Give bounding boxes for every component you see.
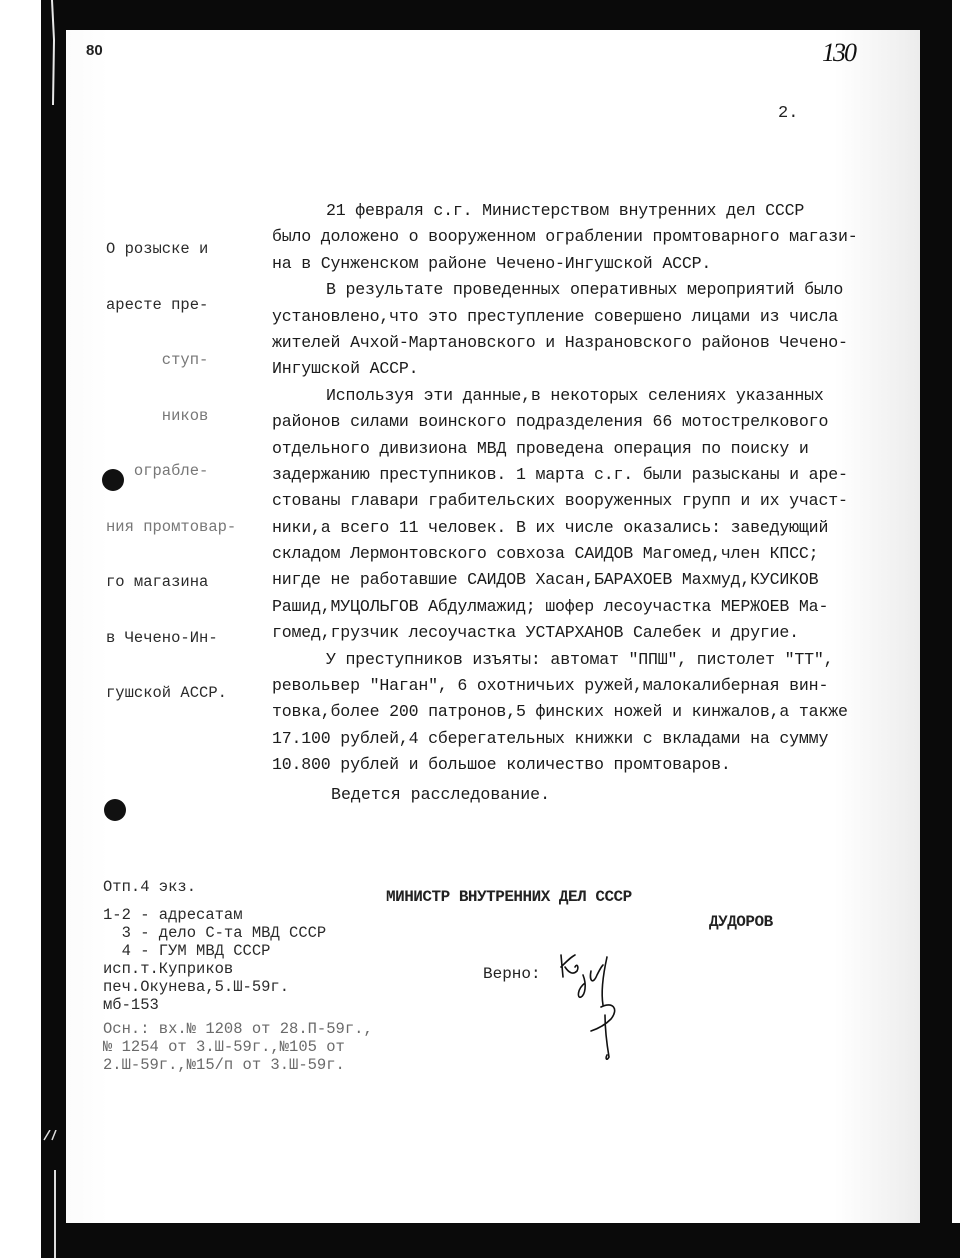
text-line: установлено,что это преступление соверше… [272,304,922,330]
archive-folio-number: 130 [822,38,855,68]
executor: исп.т.Куприков [103,960,373,978]
text-line: револьвер "Наган", 6 охотничьих ружей,ма… [272,673,922,699]
distribution-item: 4 - ГУМ МВД СССР [103,942,373,960]
text-line: У преступников изъяты: автомат "ППШ", пи… [272,647,922,673]
margin-heading-line: в Чечено-Ин- [106,629,256,648]
text-line: ники,а всего 11 человек. В их числе оказ… [272,515,922,541]
text-line: было доложено о вооруженном ограблении п… [272,224,922,250]
text-line: Ингушской АССР. [272,356,922,382]
margin-heading-line: го магазина [106,573,256,592]
scan-border-left [41,0,66,1258]
closing-sentence: Ведется расследование. [331,785,550,804]
punch-hole [102,469,124,491]
margin-heading-line: ограбле- [106,462,256,481]
paragraph: У преступников изъяты: автомат "ППШ", пи… [272,647,922,779]
text-line: жителей Ачхой-Мартановского и Назрановск… [272,330,922,356]
film-scratch [44,0,64,110]
text-line: складом Лермонтовского совхоза САИДОВ Ма… [272,541,922,567]
text-line: 21 февраля с.г. Министерством внутренних… [272,198,922,224]
signatory-name: ДУДОРОВ [709,913,773,931]
margin-heading-line: аресте пре- [106,296,256,315]
basis-line: № 1254 от 3.Ш-59г.,№105 от [103,1038,373,1056]
paragraph: В результате проведенных оперативных мер… [272,277,922,383]
text-line: 17.100 рублей,4 сберегательных книжки с … [272,726,922,752]
document-code: мб-153 [103,996,373,1014]
paragraph: Используя эти данные,в некоторых селения… [272,383,922,647]
distribution-item: 1-2 - адресатам [103,906,373,924]
copies-count: Отп.4 экз. [103,878,373,896]
basis-line: Осн.: вх.№ 1208 от 28.П-59г., [103,1020,373,1038]
text-line: гомед,грузчик лесоучастка УСТАРХАНОВ Сал… [272,620,922,646]
text-line: стованы главари грабительских вооруженны… [272,488,922,514]
margin-heading-line: О розыске и [106,240,256,259]
film-scratch [40,1130,70,1258]
distribution-block: Отп.4 экз. 1-2 - адресатам 3 - дело С-та… [103,878,373,1074]
scan-border-right-edge [952,0,960,1258]
margin-heading-line: ступ- [106,351,256,370]
margin-heading: О розыске и аресте пре- ступ- ников огра… [106,203,256,721]
text-line: Используя эти данные,в некоторых селения… [272,383,922,409]
text-line: Рашид,МУЦОЛЬГОВ Абдулмажид; шофер лесоуч… [272,594,922,620]
text-line: 10.800 рублей и большое количество промт… [272,752,922,778]
paragraph: 21 февраля с.г. Министерством внутренних… [272,198,922,277]
archive-page-code: 80 [86,42,103,59]
certification-label: Верно: [483,965,541,983]
distribution-item: 3 - дело С-та МВД СССР [103,924,373,942]
margin-heading-line: ников [106,407,256,426]
text-line: отдельного дивизиона МВД проведена опера… [272,436,922,462]
text-line: задержанию преступников. 1 марта с.г. бы… [272,462,922,488]
signatory-title: МИНИСТР ВНУТРЕННИХ ДЕЛ СССР [386,888,632,906]
body-text: 21 февраля с.г. Министерством внутренних… [272,198,922,779]
margin-heading-line: гушской АССР. [106,684,256,703]
typist: печ.Окунева,5.Ш-59г. [103,978,373,996]
text-line: товка,более 200 патронов,5 финских ножей… [272,699,922,725]
margin-heading-line: ния промтовар- [106,518,256,537]
scan-border-bottom [41,1223,960,1258]
basis-line: 2.Ш-59г.,№15/п от 3.Ш-59г. [103,1056,373,1074]
handwritten-signature-icon [555,945,645,1065]
text-line: районов силами воинского подразделения 6… [272,409,922,435]
text-line: нигде не работавшие САИДОВ Хасан,БАРАХОЕ… [272,567,922,593]
punch-hole [104,799,126,821]
page-number: 2. [778,104,798,123]
scan-border-top [41,0,960,30]
text-line: В результате проведенных оперативных мер… [272,277,922,303]
text-line: на в Сунженском районе Чечено-Ингушской … [272,251,922,277]
